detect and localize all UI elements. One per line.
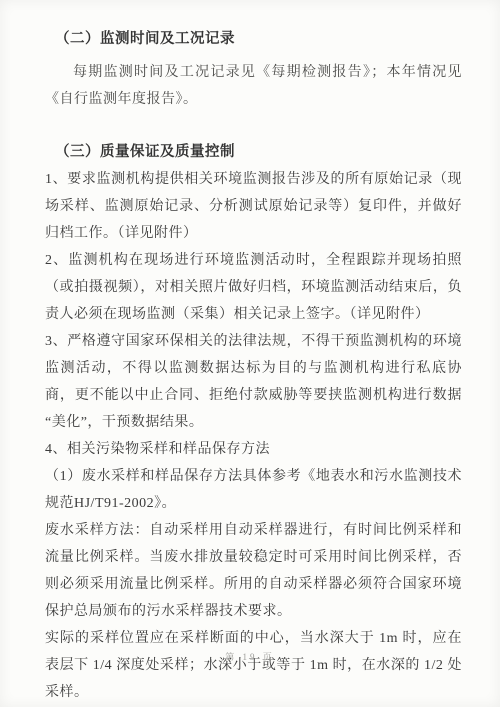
document-page: （二）监测时间及工况记录 每期监测时间及工况记录见《每期检测报告》；本年情况见《… bbox=[0, 0, 500, 707]
list-item-sampling-methods: 4、相关污染物采样和样品保存方法 bbox=[45, 436, 462, 463]
list-item-original-records: 1、要求监测机构提供相关环境监测报告涉及的所有原始记录（现场采样、监测原始记录、… bbox=[45, 166, 462, 247]
paragraph-sampling-position: 实际的采样位置应在采样断面的中心，当水深大于 1m 时，应在表层下 1/4 深度… bbox=[45, 625, 462, 706]
paragraph-monitoring-time-body: 每期监测时间及工况记录见《每期检测报告》；本年情况见《自行监测年度报告》。 bbox=[45, 59, 462, 113]
list-item-onsite-tracking: 2、监测机构在现场进行环境监测活动时，全程跟踪并现场拍照（或拍摄视频），对相关照… bbox=[45, 247, 462, 328]
sub-item-wastewater-standard: （1）废水采样和样品保存方法具体参考《地表水和污水监测技术规范HJ/T91-20… bbox=[45, 463, 462, 517]
list-item-legal-compliance: 3、严格遵守国家环保相关的法律法规，不得干预监测机构的环境监测活动，不得以监测数… bbox=[45, 328, 462, 436]
section-heading-monitoring-time: （二）监测时间及工况记录 bbox=[45, 26, 462, 53]
section-heading-quality-control: （三）质量保证及质量控制 bbox=[45, 139, 462, 166]
paragraph-sampling-method: 废水采样方法：自动采样用自动采样器进行，有时间比例采样和流量比例采样。当废水排放… bbox=[45, 517, 462, 625]
page-number: 第 19 页 bbox=[0, 650, 500, 663]
